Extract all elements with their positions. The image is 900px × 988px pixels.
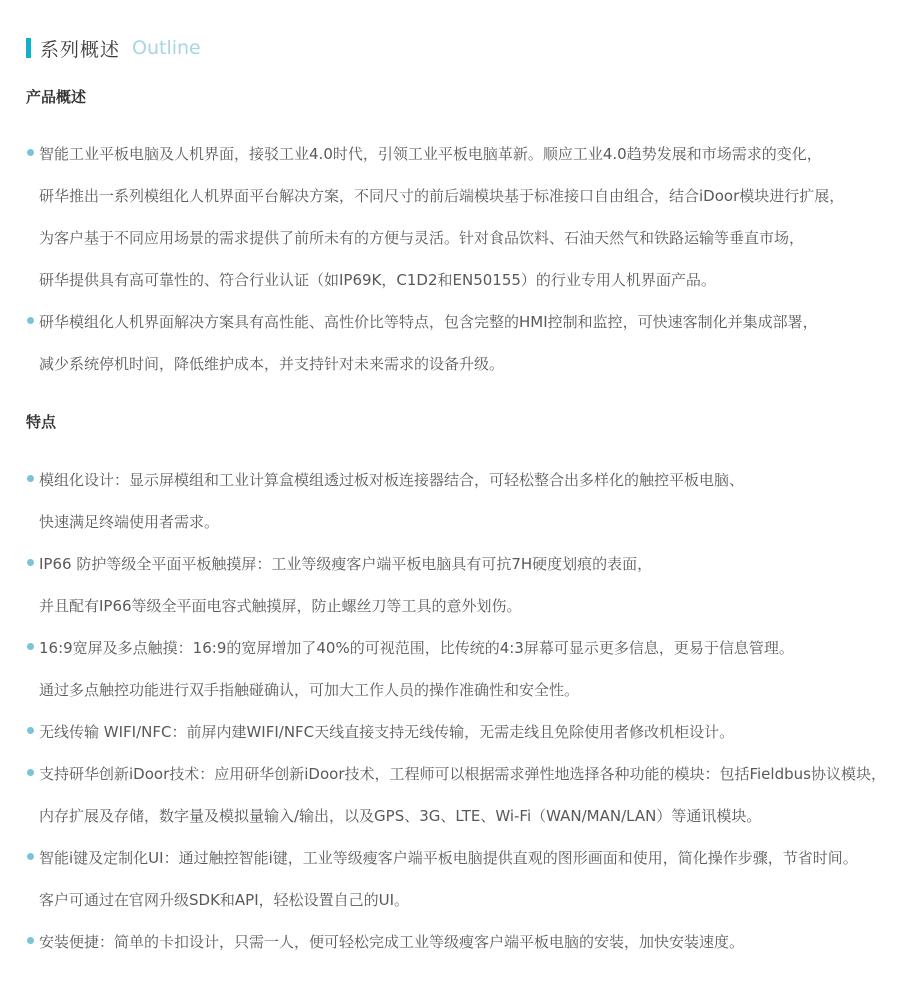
bullet-continuation-line: 研华提供具有高可靠性的、符合行业认证（如IP69K，C1D2和EN50155）的…	[0, 258, 900, 300]
bullet-continuation-line: 减少系统停机时间，降低维护成本，并支持针对未来需求的设备升级。	[0, 342, 900, 384]
bullet-item-line: 模组化设计：显示屏模组和工业计算盒模组透过板对板连接器结合，可轻松整合出多样化的…	[0, 458, 900, 500]
bullet-dot	[27, 475, 34, 482]
bullet-continuation-line: 快速满足终端使用者需求。	[0, 500, 900, 542]
bullet-dot	[27, 727, 34, 734]
bullet-text: IP66 防护等级全平面平板触摸屏：工业等级瘦客户端平板电脑具有可抗7H硬度划痕…	[39, 553, 652, 574]
bullet-text: 安装便捷：简单的卡扣设计，只需一人，便可轻松完成工业等级瘦客户端平板电脑的安装，…	[39, 931, 744, 952]
bullet-dot	[27, 643, 34, 650]
section-subtitle: Outline	[132, 37, 201, 59]
bullet-item-line: 研华模组化人机界面解决方案具有高性能、高性价比等特点，包含完整的HMI控制和监控…	[0, 300, 900, 342]
bullet-text: 支持研华创新iDoor技术：应用研华创新iDoor技术，工程师可以根据需求弹性地…	[39, 763, 886, 784]
bullet-text: 内存扩展及存储，数字量及模拟量输入/输出，以及GPS、3G、LTE、Wi-Fi（…	[39, 805, 761, 826]
bullet-text: 智能i键及定制化UI：通过触控智能i键，工业等级瘦客户端平板电脑提供直观的图形画…	[39, 847, 858, 868]
bullet-text: 研华模组化人机界面解决方案具有高性能、高性价比等特点，包含完整的HMI控制和监控…	[39, 311, 818, 332]
bullet-dot	[27, 853, 34, 860]
bullet-continuation-line: 并且配有IP66等级全平面电容式触摸屏，防止螺丝刀等工具的意外划伤。	[0, 584, 900, 626]
bullet-item-line: 16:9宽屏及多点触摸：16:9的宽屏增加了40%的可视范围，比传统的4:3屏幕…	[0, 626, 900, 668]
section-header: 系列概述 Outline	[26, 36, 900, 60]
product-overview-list: 智能工业平板电脑及人机界面，接驳工业4.0时代，引领工业平板电脑革新。顺应工业4…	[0, 132, 900, 384]
bullet-text: 快速满足终端使用者需求。	[39, 511, 219, 532]
features-list: 模组化设计：显示屏模组和工业计算盒模组透过板对板连接器结合，可轻松整合出多样化的…	[0, 458, 900, 962]
bullet-continuation-line: 研华推出一系列模组化人机界面平台解决方案，不同尺寸的前后端模块基于标准接口自由组…	[0, 174, 900, 216]
accent-bar	[26, 38, 31, 58]
bullet-dot	[27, 149, 34, 156]
bullet-item-line: 安装便捷：简单的卡扣设计，只需一人，便可轻松完成工业等级瘦客户端平板电脑的安装，…	[0, 920, 900, 962]
bullet-item-line: 支持研华创新iDoor技术：应用研华创新iDoor技术，工程师可以根据需求弹性地…	[0, 752, 900, 794]
bullet-dot	[27, 559, 34, 566]
bullet-text: 16:9宽屏及多点触摸：16:9的宽屏增加了40%的可视范围，比传统的4:3屏幕…	[39, 637, 794, 658]
bullet-item-line: 智能工业平板电脑及人机界面，接驳工业4.0时代，引领工业平板电脑革新。顺应工业4…	[0, 132, 900, 174]
bullet-continuation-line: 内存扩展及存储，数字量及模拟量输入/输出，以及GPS、3G、LTE、Wi-Fi（…	[0, 794, 900, 836]
bullet-continuation-line: 为客户基于不同应用场景的需求提供了前所未有的方便与灵活。针对食品饮料、石油天然气…	[0, 216, 900, 258]
section-title: 系列概述	[40, 35, 120, 62]
bullet-text: 研华提供具有高可靠性的、符合行业认证（如IP69K，C1D2和EN50155）的…	[39, 269, 716, 290]
bullet-text: 智能工业平板电脑及人机界面，接驳工业4.0时代，引领工业平板电脑革新。顺应工业4…	[39, 143, 822, 164]
bullet-text: 研华推出一系列模组化人机界面平台解决方案，不同尺寸的前后端模块基于标准接口自由组…	[39, 185, 844, 206]
product-overview-heading: 产品概述	[26, 88, 900, 106]
page: 系列概述 Outline 产品概述 智能工业平板电脑及人机界面，接驳工业4.0时…	[0, 0, 900, 988]
bullet-continuation-line: 通过多点触控功能进行双手指触碰确认，可加大工作人员的操作准确性和安全性。	[0, 668, 900, 710]
bullet-dot	[27, 317, 34, 324]
bullet-dot	[27, 937, 34, 944]
bullet-dot	[27, 769, 34, 776]
bullet-item-line: 智能i键及定制化UI：通过触控智能i键，工业等级瘦客户端平板电脑提供直观的图形画…	[0, 836, 900, 878]
features-heading: 特点	[26, 413, 900, 431]
bullet-text: 客户可通过在官网升级SDK和API，轻松设置自己的UI。	[39, 889, 409, 910]
bullet-text: 通过多点触控功能进行双手指触碰确认，可加大工作人员的操作准确性和安全性。	[39, 679, 579, 700]
bullet-item-line: IP66 防护等级全平面平板触摸屏：工业等级瘦客户端平板电脑具有可抗7H硬度划痕…	[0, 542, 900, 584]
bullet-text: 减少系统停机时间，降低维护成本，并支持针对未来需求的设备升级。	[39, 353, 504, 374]
bullet-item-line: 无线传输 WIFI/NFC：前屏内建WIFI/NFC天线直接支持无线传输，无需走…	[0, 710, 900, 752]
bullet-text: 并且配有IP66等级全平面电容式触摸屏，防止螺丝刀等工具的意外划伤。	[39, 595, 522, 616]
bullet-text: 无线传输 WIFI/NFC：前屏内建WIFI/NFC天线直接支持无线传输，无需走…	[39, 721, 734, 742]
bullet-text: 模组化设计：显示屏模组和工业计算盒模组透过板对板连接器结合，可轻松整合出多样化的…	[39, 469, 744, 490]
bullet-text: 为客户基于不同应用场景的需求提供了前所未有的方便与灵活。针对食品饮料、石油天然气…	[39, 227, 804, 248]
bullet-continuation-line: 客户可通过在官网升级SDK和API，轻松设置自己的UI。	[0, 878, 900, 920]
